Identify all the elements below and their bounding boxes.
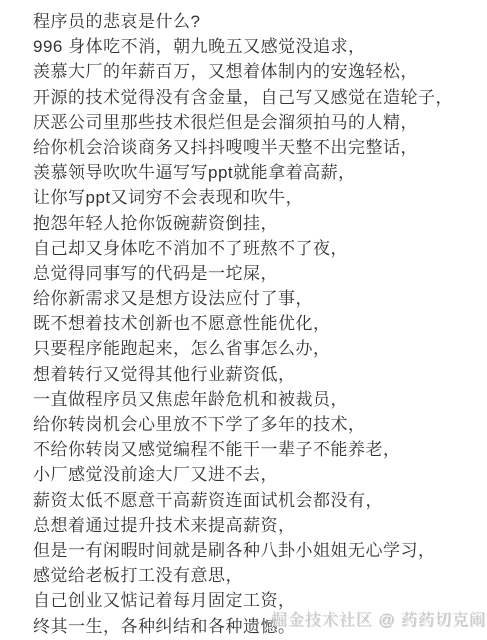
text-line: 但是一有闲暇时间就是刷各种八卦小姐姐无心学习， bbox=[33, 538, 487, 563]
text-line: 薪资太低不愿意干高薪资连面试机会都没有， bbox=[33, 488, 487, 513]
text-line: 羡慕大厂的年薪百万，又想着体制内的安逸轻松， bbox=[33, 59, 487, 84]
text-line: 厌恶公司里那些技术很烂但是会溜须拍马的人精， bbox=[33, 110, 487, 135]
text-line: 不给你转岗又感觉编程不能干一辈子不能养老， bbox=[33, 437, 487, 462]
watermark: 掘金技术社区 @ 药药切克闹 bbox=[271, 607, 486, 630]
text-line: 抱怨年轻人抢你饭碗薪资倒挂， bbox=[33, 211, 487, 236]
text-line: 总想着通过提升技术来提高薪资， bbox=[33, 513, 487, 538]
text-line: 一直做程序员又焦虑年龄危机和被裁员， bbox=[33, 387, 487, 412]
text-line: 给你新需求又是想方设法应付了事， bbox=[33, 286, 487, 311]
text-line: 羡慕领导吹吹牛逼写写ppt就能拿着高薪， bbox=[33, 160, 487, 185]
text-line: 给你转岗机会心里放不下学了多年的技术， bbox=[33, 412, 487, 437]
text-line: 自己却又身体吃不消加不了班熬不了夜， bbox=[33, 236, 487, 261]
text-line: 感觉给老板打工没有意思， bbox=[33, 563, 487, 588]
text-line: 只要程序能跑起来，怎么省事怎么办， bbox=[33, 336, 487, 361]
text-line: 总觉得同事写的代码是一坨屎， bbox=[33, 261, 487, 286]
text-line: 996 身体吃不消，朝九晚五又感觉没追求， bbox=[33, 34, 487, 59]
post-body: 程序员的悲哀是什么? 996 身体吃不消，朝九晚五又感觉没追求， 羡慕大厂的年薪… bbox=[0, 0, 487, 640]
text-line: 给你机会洽谈商务又抖抖嗖嗖半天整不出完整话， bbox=[33, 135, 487, 160]
text-line: 既不想着技术创新也不愿意性能优化， bbox=[33, 311, 487, 336]
post-title: 程序员的悲哀是什么? bbox=[33, 9, 487, 34]
text-line: 小厂感觉没前途大厂又进不去， bbox=[33, 462, 487, 487]
text-line: 开源的技术觉得没有含金量，自己写又感觉在造轮子， bbox=[33, 85, 487, 110]
text-line: 想着转行又觉得其他行业薪资低， bbox=[33, 362, 487, 387]
text-line: 让你写ppt又词穷不会表现和吹牛， bbox=[33, 185, 487, 210]
